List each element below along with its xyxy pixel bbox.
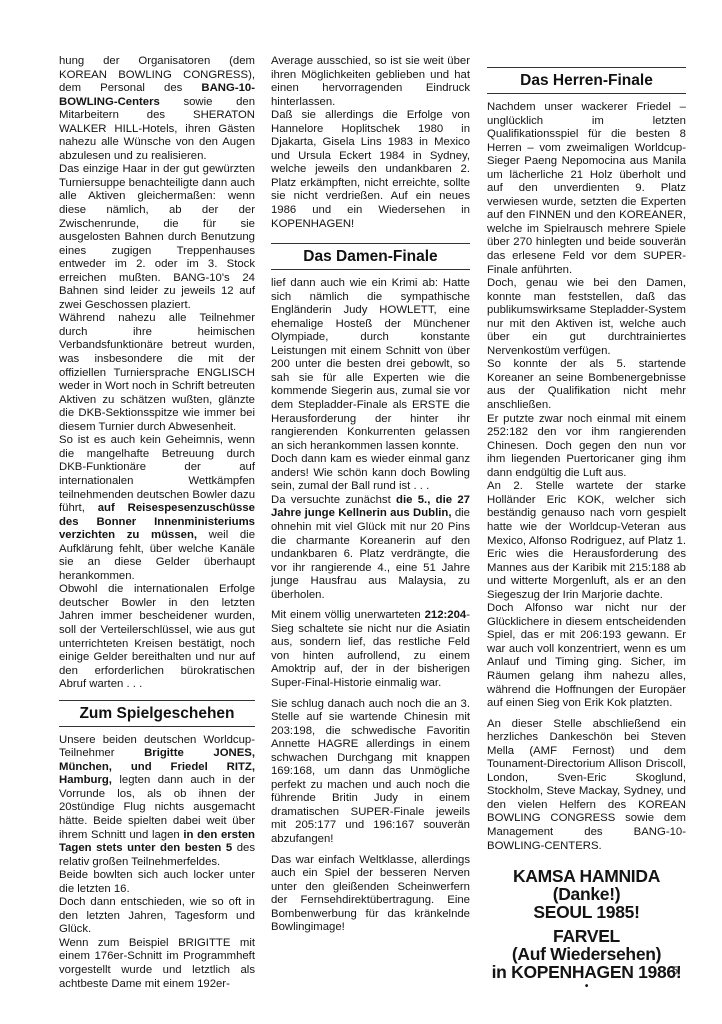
paragraph: Daß sie allerdings die Erfolge von Hanne… (271, 109, 470, 231)
closing-line: in KOPENHAGEN 1986! (487, 963, 686, 981)
closing-message: KAMSA HAMNIDA (Danke!) SEOUL 1985! FARVE… (487, 867, 686, 991)
paragraph: An dieser Stelle abschließend ein herzli… (487, 718, 686, 853)
bullet-dot: • (487, 983, 686, 991)
section-heading-spielgeschehen: Zum Spielgeschehen (59, 700, 255, 727)
closing-line: SEOUL 1985! (487, 903, 686, 921)
closing-line: (Danke!) (487, 885, 686, 903)
paragraph: So konnte der als 5. startende Koreaner … (487, 358, 686, 412)
paragraph: An 2. Stelle wartete der starke Hollände… (487, 480, 686, 602)
paragraph: Unsere beiden deutschen Worldcup-Teilneh… (59, 734, 255, 869)
closing-line: KAMSA HAMNIDA (487, 867, 686, 885)
closing-line: FARVEL (487, 927, 686, 945)
paragraph: Das war einfach Weltklasse, allerdings a… (271, 854, 470, 935)
paragraph: Da versuchte zunächst die 5., die 27 Jah… (271, 494, 470, 602)
closing-line: (Auf Wiedersehen) (487, 945, 686, 963)
paragraph: Nachdem unser wackerer Friedel – unglück… (487, 101, 686, 277)
paragraph: Mit einem völlig unerwarteten 212:204-Si… (271, 609, 470, 690)
paragraph: Während nahezu alle Teilnehmer durch ihr… (59, 312, 255, 434)
paragraph: Doch, genau wie bei den Damen, konnte ma… (487, 277, 686, 358)
paragraph: Sie schlug danach auch noch die an 3. St… (271, 698, 470, 847)
paragraph: Obwohl die internationalen Erfolge deuts… (59, 583, 255, 691)
section-heading-damen-finale: Das Damen-Finale (271, 243, 470, 270)
article-column-2: Average ausschied, so ist sie weit über … (271, 55, 470, 935)
paragraph: Doch dann kam es wieder einmal ganz ande… (271, 453, 470, 494)
page-number: 5 (672, 965, 678, 977)
article-column-1: hung der Organisatoren (dem KOREAN BOWLI… (59, 55, 255, 991)
paragraph: Doch Alfonso war nicht nur der Glücklich… (487, 602, 686, 710)
paragraph: lief dann auch wie ein Krimi ab: Hatte s… (271, 277, 470, 453)
paragraph: Er putzte zwar noch einmal mit einem 252… (487, 413, 686, 481)
paragraph: So ist es auch kein Geheimnis, wenn die … (59, 434, 255, 583)
paragraph: Wenn zum Beispiel BRIGITTE mit einem 176… (59, 937, 255, 991)
paragraph: Das einzige Haar in der gut gewürzten Tu… (59, 163, 255, 312)
paragraph: Doch dann entschieden, wie so oft in den… (59, 896, 255, 937)
paragraph: hung der Organisatoren (dem KOREAN BOWLI… (59, 55, 255, 163)
paragraph: Beide bowlten sich auch locker unter die… (59, 869, 255, 896)
paragraph: Average ausschied, so ist sie weit über … (271, 55, 470, 109)
section-heading-herren-finale: Das Herren-Finale (487, 67, 686, 94)
article-column-3: Das Herren-Finale Nachdem unser wackerer… (487, 55, 686, 991)
